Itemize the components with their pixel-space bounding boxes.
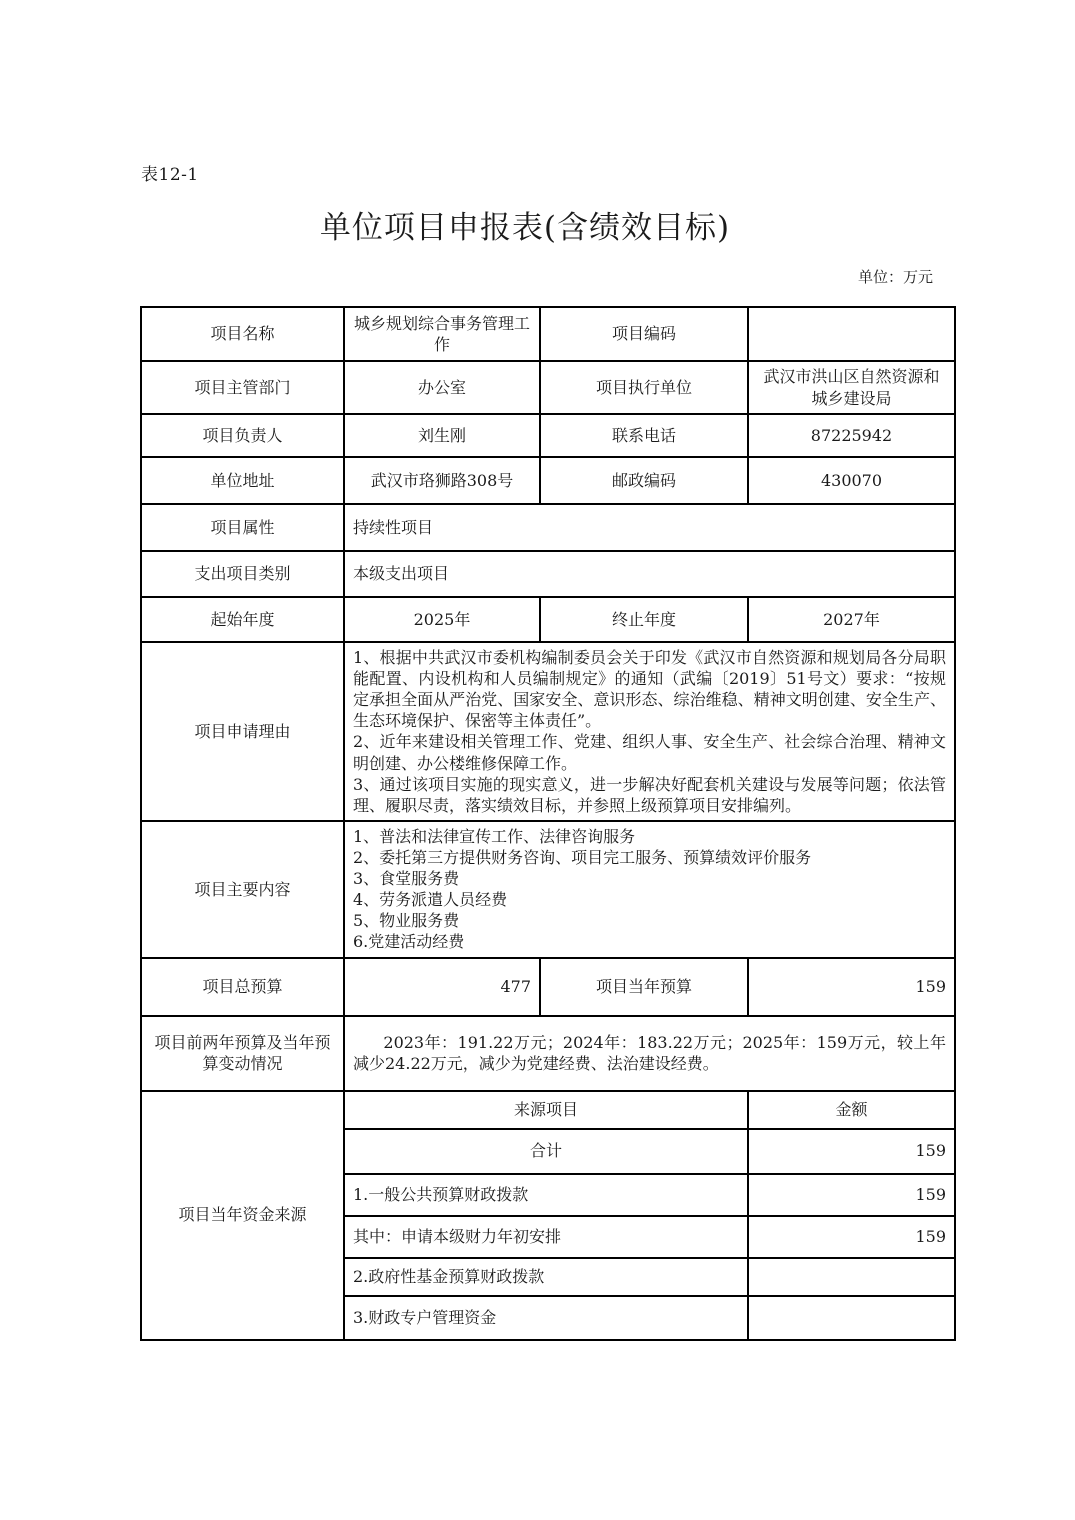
phone-label: 联系电话 xyxy=(540,414,748,457)
reason-paragraph-1: 1、根据中共武汉市委机构编制委员会关于印发《武汉市自然资源和规划局各分局职能配置… xyxy=(353,647,946,731)
funding-special-account-source: 3.财政专户管理资金 xyxy=(344,1296,748,1340)
project-code-value xyxy=(748,307,955,361)
row-project-name: 项目名称 城乡规划综合事务管理工作 项目编码 xyxy=(141,307,955,361)
leader-value: 刘生刚 xyxy=(344,414,540,457)
reason-paragraph-3: 3、通过该项目实施的现实意义，进一步解决好配套机关建设与发展等问题；依法管理、履… xyxy=(353,774,946,816)
start-year-label: 起始年度 xyxy=(141,597,344,642)
budget-history-text: 2023年：191.22万元；2024年：183.22万元；2025年：159万… xyxy=(353,1032,946,1074)
row-main-content: 项目主要内容 1、普法和法律宣传工作、法律咨询服务 2、委托第三方提供财务咨询、… xyxy=(141,821,955,958)
postcode-value: 430070 xyxy=(748,457,955,504)
dept-label: 项目主管部门 xyxy=(141,361,344,414)
content-item-1: 1、普法和法律宣传工作、法律咨询服务 xyxy=(353,826,946,847)
table-number: 表12-1 xyxy=(141,160,199,185)
content-item-4: 4、劳务派遣人员经费 xyxy=(353,889,946,910)
start-year-value: 2025年 xyxy=(344,597,540,642)
content-item-5: 5、物业服务费 xyxy=(353,910,946,931)
funding-general-source: 1.一般公共预算财政拨款 xyxy=(344,1174,748,1216)
project-name-value: 城乡规划综合事务管理工作 xyxy=(344,307,540,361)
exec-unit-label: 项目执行单位 xyxy=(540,361,748,414)
row-dept: 项目主管部门 办公室 项目执行单位 武汉市洪山区自然资源和城乡建设局 xyxy=(141,361,955,414)
content-item-6: 6.党建活动经费 xyxy=(353,931,946,952)
project-name-label: 项目名称 xyxy=(141,307,344,361)
row-attribute: 项目属性 持续性项目 xyxy=(141,504,955,551)
expense-type-value: 本级支出项目 xyxy=(344,551,955,597)
expense-type-label: 支出项目类别 xyxy=(141,551,344,597)
main-content-value: 1、普法和法律宣传工作、法律咨询服务 2、委托第三方提供财务咨询、项目完工服务、… xyxy=(344,821,955,958)
funding-of-which-amount: 159 xyxy=(748,1216,955,1258)
end-year-value: 2027年 xyxy=(748,597,955,642)
leader-label: 项目负责人 xyxy=(141,414,344,457)
row-leader: 项目负责人 刘生刚 联系电话 87225942 xyxy=(141,414,955,457)
funding-gov-fund-source: 2.政府性基金预算财政拨款 xyxy=(344,1258,748,1296)
total-budget-label: 项目总预算 xyxy=(141,958,344,1016)
attribute-label: 项目属性 xyxy=(141,504,344,551)
attribute-value: 持续性项目 xyxy=(344,504,955,551)
funding-total-amount: 159 xyxy=(748,1129,955,1174)
budget-history-label: 项目前两年预算及当年预算变动情况 xyxy=(141,1016,344,1091)
row-address: 单位地址 武汉市珞狮路308号 邮政编码 430070 xyxy=(141,457,955,504)
phone-value: 87225942 xyxy=(748,414,955,457)
funding-total-source: 合计 xyxy=(344,1129,748,1174)
funding-gov-fund-amount xyxy=(748,1258,955,1296)
funding-general-amount: 159 xyxy=(748,1174,955,1216)
funding-amount-column-header: 金额 xyxy=(748,1091,955,1129)
dept-value: 办公室 xyxy=(344,361,540,414)
content-item-2: 2、委托第三方提供财务咨询、项目完工服务、预算绩效评价服务 xyxy=(353,847,946,868)
funding-source-column-header: 来源项目 xyxy=(344,1091,748,1129)
page-title: 单位项目申报表(含绩效目标) xyxy=(0,202,1050,247)
row-budget: 项目总预算 477 项目当年预算 159 xyxy=(141,958,955,1016)
reason-value: 1、根据中共武汉市委机构编制委员会关于印发《武汉市自然资源和规划局各分局职能配置… xyxy=(344,642,955,821)
reason-label: 项目申请理由 xyxy=(141,642,344,821)
funding-of-which-source: 其中：申请本级财力年初安排 xyxy=(344,1216,748,1258)
budget-history-value: 2023年：191.22万元；2024年：183.22万元；2025年：159万… xyxy=(344,1016,955,1091)
address-label: 单位地址 xyxy=(141,457,344,504)
total-budget-value: 477 xyxy=(344,958,540,1016)
current-budget-value: 159 xyxy=(748,958,955,1016)
row-funding-header: 项目当年资金来源 来源项目 金额 xyxy=(141,1091,955,1129)
application-form-table: 项目名称 城乡规划综合事务管理工作 项目编码 项目主管部门 办公室 项目执行单位… xyxy=(140,306,956,1341)
row-reason: 项目申请理由 1、根据中共武汉市委机构编制委员会关于印发《武汉市自然资源和规划局… xyxy=(141,642,955,821)
main-content-label: 项目主要内容 xyxy=(141,821,344,958)
project-code-label: 项目编码 xyxy=(540,307,748,361)
row-years: 起始年度 2025年 终止年度 2027年 xyxy=(141,597,955,642)
end-year-label: 终止年度 xyxy=(540,597,748,642)
document-page: 表12-1 单位项目申报表(含绩效目标) 单位：万元 项目名称 城乡规划综合事务… xyxy=(0,0,1075,1520)
exec-unit-value: 武汉市洪山区自然资源和城乡建设局 xyxy=(748,361,955,414)
content-item-3: 3、食堂服务费 xyxy=(353,868,946,889)
postcode-label: 邮政编码 xyxy=(540,457,748,504)
funding-section-label: 项目当年资金来源 xyxy=(141,1091,344,1340)
row-budget-history: 项目前两年预算及当年预算变动情况 2023年：191.22万元；2024年：18… xyxy=(141,1016,955,1091)
reason-paragraph-2: 2、近年来建设相关管理工作、党建、组织人事、安全生产、社会综合治理、精神文明创建… xyxy=(353,731,946,773)
address-value: 武汉市珞狮路308号 xyxy=(344,457,540,504)
funding-special-account-amount xyxy=(748,1296,955,1340)
row-expense-type: 支出项目类别 本级支出项目 xyxy=(141,551,955,597)
current-budget-label: 项目当年预算 xyxy=(540,958,748,1016)
unit-note: 单位：万元 xyxy=(140,266,933,287)
